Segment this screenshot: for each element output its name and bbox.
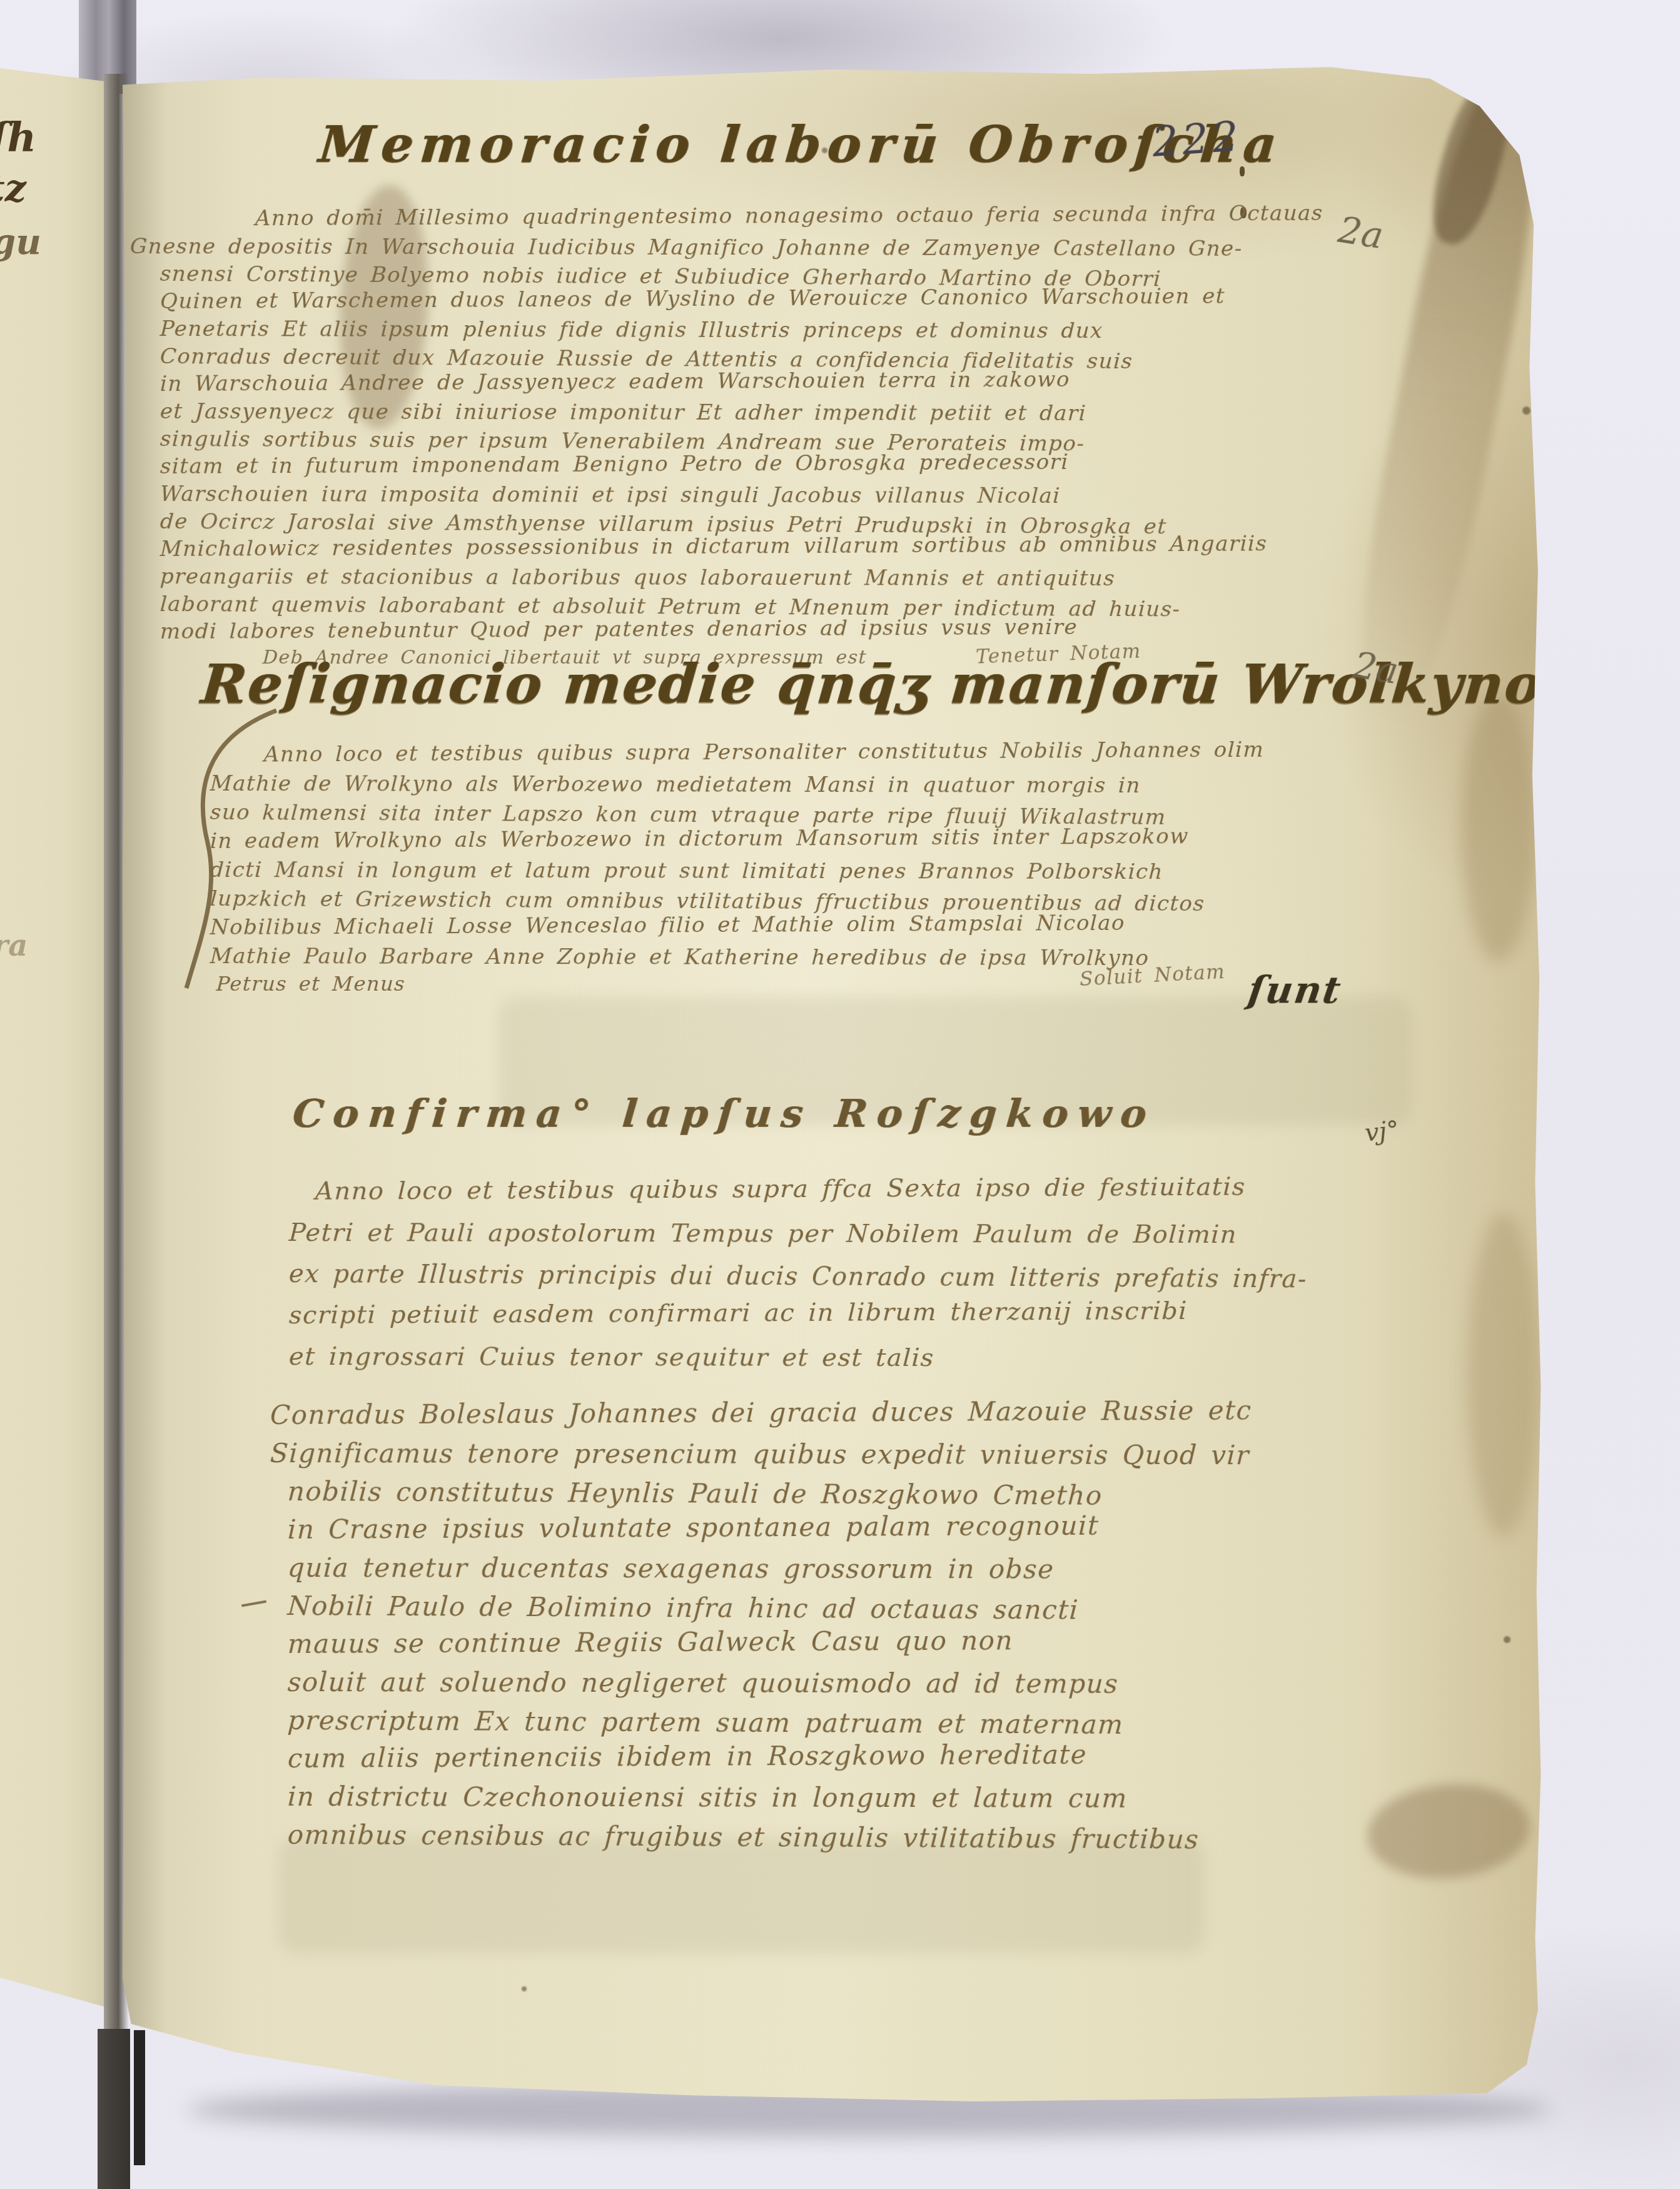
stain-spot: [1535, 463, 1540, 468]
gutter-rod-bottom: [98, 2029, 130, 2189]
manuscript-line: soluit aut soluendo negligeret quouismod…: [287, 1663, 1253, 1703]
manuscript-line: mauus se continue Regiis Galweck Casu qu…: [287, 1620, 1252, 1663]
verso-marginalia-fragment: ra: [0, 928, 28, 963]
manuscript-line: Mathie de Wrolkyno als Werbozewo medieta…: [210, 769, 1265, 801]
margin-dash: [241, 1600, 266, 1607]
stain-spot: [1504, 1636, 1510, 1643]
verso-marginalia-fragment: ſh: [0, 114, 36, 161]
manuscript-line: Mnichalowicz residentes possessionibus i…: [159, 530, 1323, 563]
manuscript-line: Anno loco et testibus quibus supra ffca …: [288, 1166, 1308, 1212]
manuscript-line: omnibus censibus ac frugibus et singulis…: [286, 1816, 1252, 1859]
manuscript-line: modi labores tenebuntur Quod per patente…: [159, 612, 1323, 645]
ink-dots-flourish: [1240, 166, 1245, 176]
manuscript-line: Nobilibus Michaeli Losse Wenceslao filio…: [210, 908, 1265, 942]
margin-mark: 2a: [1350, 644, 1401, 692]
edge-stain: [1467, 1212, 1540, 1537]
manuscript-line: Conradus Boleslaus Johannes dei gracia d…: [270, 1391, 1252, 1434]
entry-resignacio-text: Anno loco et testibus quibus supra Perso…: [210, 741, 1264, 971]
manuscript-line: et ingrossari Cuius tenor sequitur et es…: [288, 1336, 1308, 1379]
manuscript-line: Anno dom̄i Millesimo quadringentesimo no…: [159, 200, 1323, 233]
manuscript-line: et Gnesne depositis In Warschouia Iudici…: [123, 233, 1323, 263]
folio-number: 222: [1150, 112, 1243, 166]
manuscript-line: et Jassyenyecz que sibi iniuriose imponi…: [159, 398, 1323, 428]
entry-confirmacio-text: Anno loco et testibus quibus supra ffca …: [289, 1171, 1307, 1377]
manuscript-line: Penetaris Et aliis ipsum plenius fide di…: [159, 315, 1323, 345]
facing-page-edge: ſh tz gu ra: [0, 58, 113, 2031]
manuscript-line: Anno loco et testibus quibus supra Perso…: [210, 736, 1265, 769]
margin-mark: 2a: [1335, 208, 1386, 257]
manuscript-line: in Warschouia Andree de Jassyenyecz eade…: [159, 365, 1323, 398]
manuscript-scan: ſh tz gu ra Memoracio laborū Obroſcha 22…: [0, 0, 1680, 2189]
verso-marginalia-fragment: gu: [0, 221, 41, 263]
manuscript-line: preangariis et stacionibus a laboribus q…: [159, 563, 1323, 593]
stain-spot: [522, 1986, 527, 1991]
charter-text: Conradus Boleslaus Johannes dei gracia d…: [270, 1396, 1252, 1854]
section-heading-resignacio: Reſignacio medie q̄nq̄ʒ manſorū Wrolkyno: [199, 653, 1544, 716]
manuscript-line: Significamus tenore presencium quibus ex…: [270, 1434, 1253, 1474]
manuscript-line: in districtu Czechonouiensi sitis in lon…: [287, 1777, 1253, 1817]
water-stain-streak: [1336, 63, 1544, 732]
manuscript-page: Memoracio laborū Obroſcha 222 2a Anno do…: [123, 61, 1544, 2101]
paid-mark: ſunt: [1245, 968, 1345, 1012]
ink-smudge: [1364, 1777, 1534, 1885]
manuscript-line: Petri et Pauli apostolorum Tempus per No…: [288, 1212, 1308, 1255]
manuscript-line: Quinen et Warschemen duos laneos de Wysl…: [159, 282, 1323, 315]
verso-marginalia-fragment: tz: [0, 167, 26, 211]
manuscript-line: Warschouien iura imposita dominii et ips…: [159, 480, 1323, 510]
manuscript-line: quia tenetur ducentas sexagenas grossoru…: [287, 1549, 1253, 1589]
section-heading-memoracio: Memoracio laborū Obroſcha: [316, 115, 1285, 174]
edge-stain: [1461, 693, 1536, 962]
entry-closing-line: Petrus et Menus: [216, 972, 406, 996]
manuscript-line: sitam et in futurum imponendam Benigno P…: [159, 447, 1323, 480]
entry-memoracio-text: Anno dom̄i Millesimo quadringentesimo no…: [160, 205, 1323, 645]
margin-entry-number: vj°: [1364, 1115, 1401, 1147]
gutter-rod-shadow: [134, 2030, 145, 2165]
manuscript-line: in Crasne ipsius voluntate spontanea pal…: [287, 1505, 1252, 1549]
manuscript-line: cum aliis pertinenciis ibidem in Roszgko…: [287, 1734, 1252, 1777]
manuscript-line: scripti petiuit easdem confirmari ac in …: [288, 1290, 1308, 1336]
manuscript-line: in eadem Wrolkyno als Werbozewo in dicto…: [210, 822, 1265, 856]
manuscript-line: dicti Mansi in longum et latum prout sun…: [210, 856, 1265, 887]
stain-spot: [1522, 407, 1531, 415]
section-heading-confirmacio: Confirma° lapſus Roſzgkowo: [291, 1091, 1158, 1136]
